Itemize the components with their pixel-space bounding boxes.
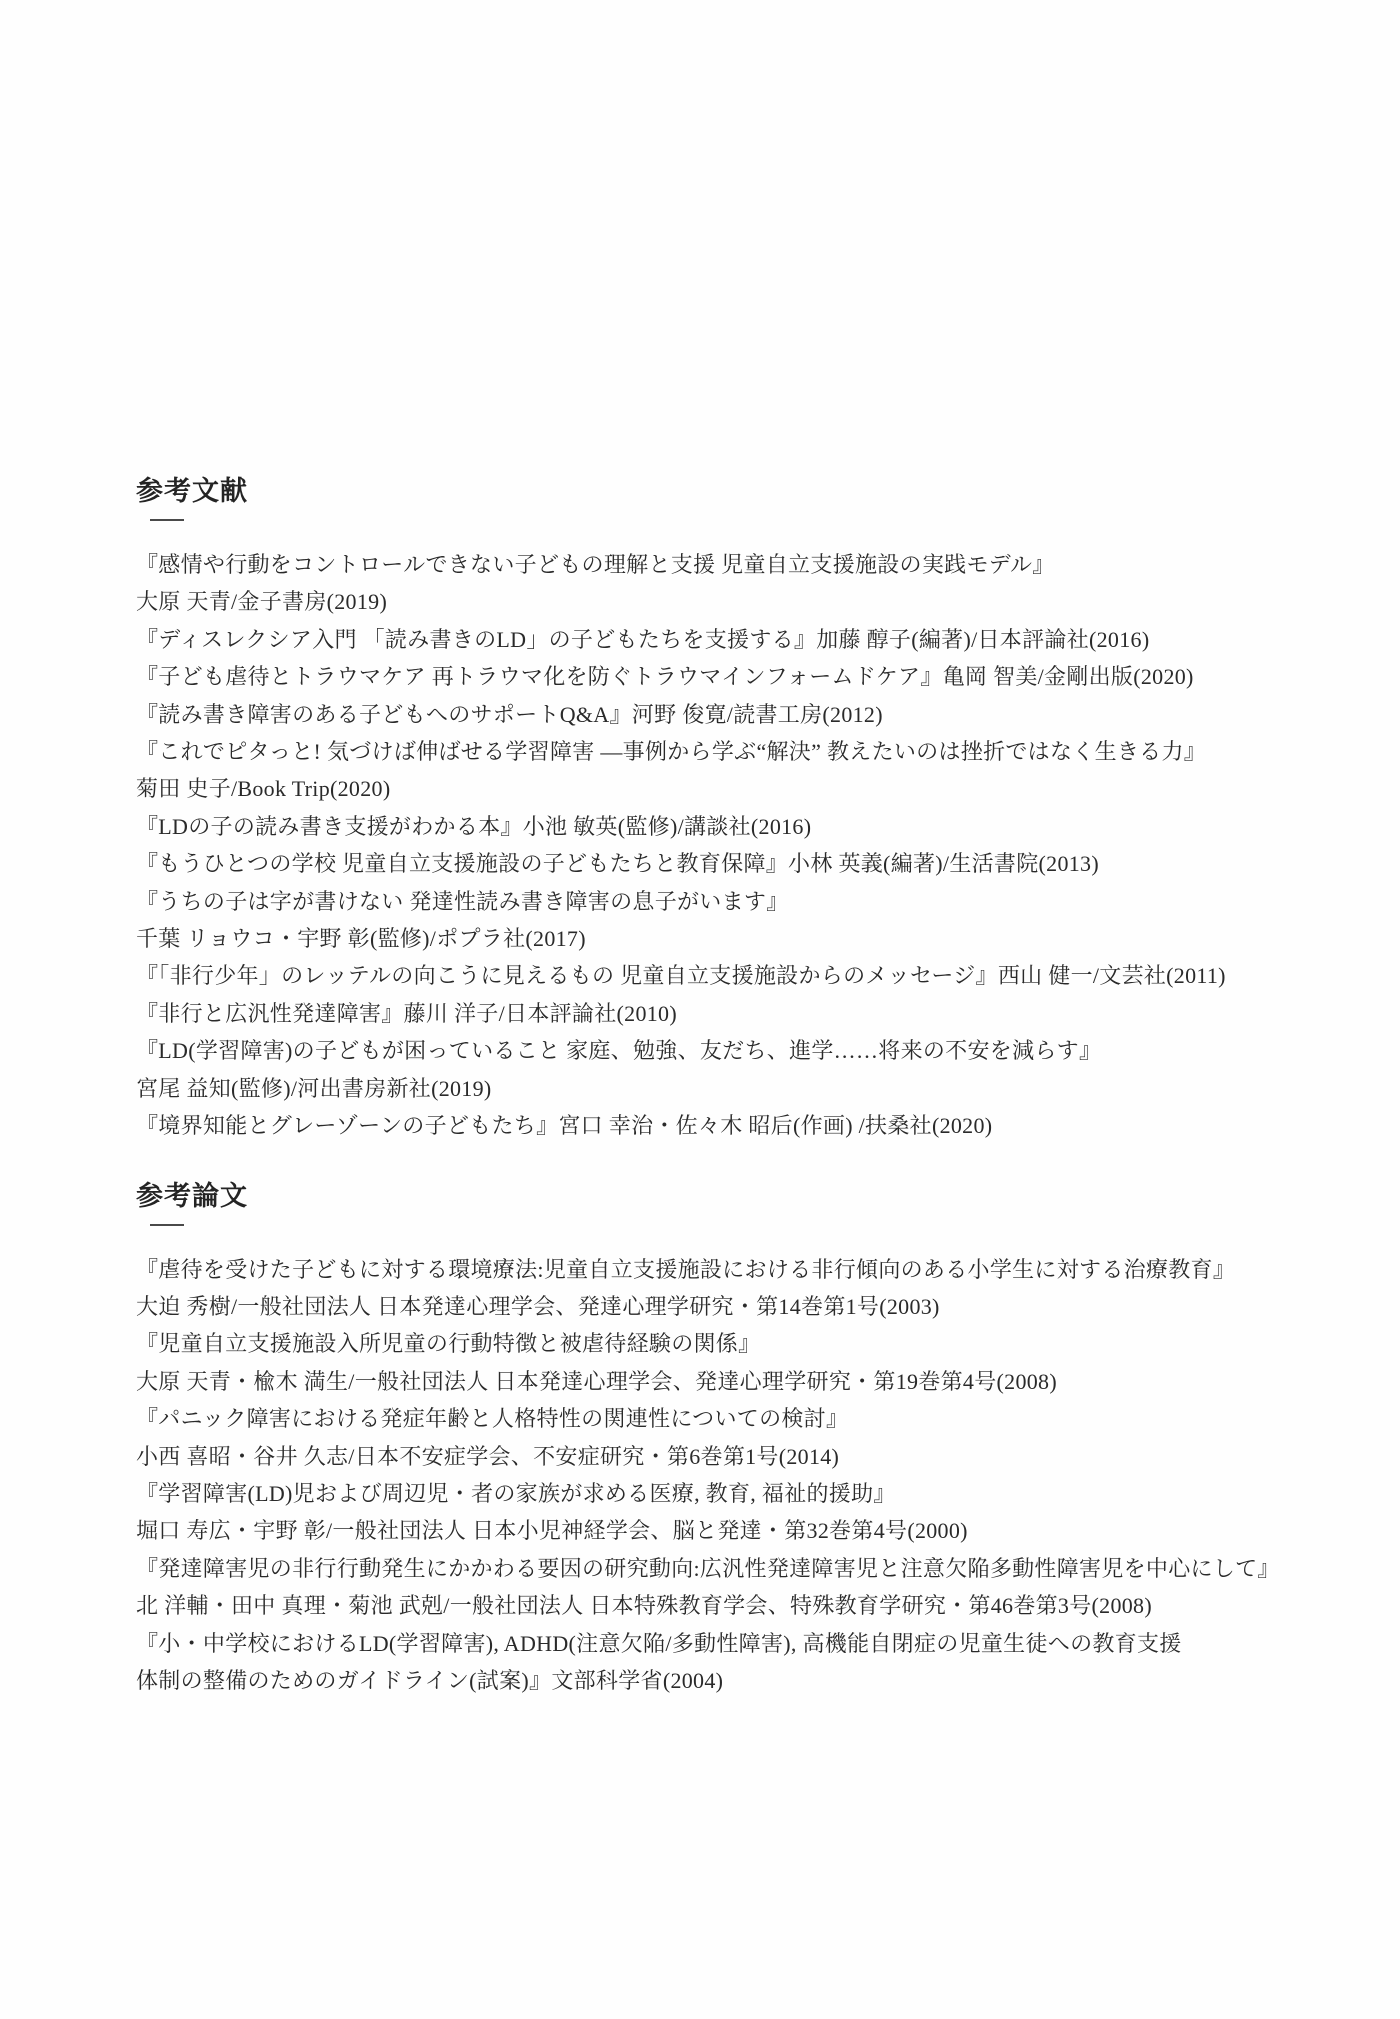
reference-line: 『もうひとつの学校 児童自立支援施設の子どもたちと教育保障』小林 英義(編著)/… xyxy=(136,845,1366,882)
reference-line: 『「非行少年」のレッテルの向こうに見えるもの 児童自立支援施設からのメッセージ』… xyxy=(136,957,1366,994)
book-page: 参考文献『感情や行動をコントロールできない子どもの理解と支援 児童自立支援施設の… xyxy=(0,0,1400,2019)
references-section: 参考論文『虐待を受けた子どもに対する環境療法:児童自立支援施設における非行傾向の… xyxy=(136,1181,1366,1700)
reference-line: 『感情や行動をコントロールできない子どもの理解と支援 児童自立支援施設の実践モデ… xyxy=(136,546,1366,583)
reference-list: 『虐待を受けた子どもに対する環境療法:児童自立支援施設における非行傾向のある小学… xyxy=(136,1251,1366,1700)
reference-line: 『児童自立支援施設入所児童の行動特徴と被虐待経験の関係』 xyxy=(136,1325,1366,1362)
heading-rule xyxy=(150,1224,184,1226)
reference-line: 『境界知能とグレーゾーンの子どもたち』宮口 幸治・佐々木 昭后(作画) /扶桑社… xyxy=(136,1107,1366,1144)
section-heading: 参考文献 xyxy=(136,476,1366,506)
reference-line: 『LD(学習障害)の子どもが困っていること 家庭、勉強、友だち、進学……将来の不… xyxy=(136,1032,1366,1069)
reference-line: 『発達障害児の非行行動発生にかかわる要因の研究動向:広汎性発達障害児と注意欠陥多… xyxy=(136,1550,1366,1587)
reference-line: 大原 天青・楡木 満生/一般社団法人 日本発達心理学会、発達心理学研究・第19巻… xyxy=(136,1363,1366,1400)
reference-line: 『これでピタっと! 気づけば伸ばせる学習障害 ―事例から学ぶ“解決” 教えたいの… xyxy=(136,733,1366,770)
reference-line: 千葉 リョウコ・宇野 彰(監修)/ポプラ社(2017) xyxy=(136,920,1366,957)
reference-line: 大原 天青/金子書房(2019) xyxy=(136,583,1366,620)
references-section: 参考文献『感情や行動をコントロールできない子どもの理解と支援 児童自立支援施設の… xyxy=(136,476,1366,1145)
section-heading: 参考論文 xyxy=(136,1181,1366,1211)
reference-line: 菊田 史子/Book Trip(2020) xyxy=(136,770,1366,807)
reference-line: 『パニック障害における発症年齢と人格特性の関連性についての検討』 xyxy=(136,1400,1366,1437)
reference-line: 『虐待を受けた子どもに対する環境療法:児童自立支援施設における非行傾向のある小学… xyxy=(136,1251,1366,1288)
references-content: 参考文献『感情や行動をコントロールできない子どもの理解と支援 児童自立支援施設の… xyxy=(136,476,1366,1735)
reference-line: 体制の整備のためのガイドライン(試案)』文部科学省(2004) xyxy=(136,1662,1366,1699)
reference-line: 『非行と広汎性発達障害』藤川 洋子/日本評論社(2010) xyxy=(136,995,1366,1032)
reference-line: 『読み書き障害のある子どもへのサポートQ&A』河野 俊寛/読書工房(2012) xyxy=(136,696,1366,733)
reference-line: 小西 喜昭・谷井 久志/日本不安症学会、不安症研究・第6巻第1号(2014) xyxy=(136,1438,1366,1475)
reference-line: 『LDの子の読み書き支援がわかる本』小池 敏英(監修)/講談社(2016) xyxy=(136,808,1366,845)
reference-line: 北 洋輔・田中 真理・菊池 武剋/一般社団法人 日本特殊教育学会、特殊教育学研究… xyxy=(136,1587,1366,1624)
reference-line: 堀口 寿広・宇野 彰/一般社団法人 日本小児神経学会、脳と発達・第32巻第4号(… xyxy=(136,1512,1366,1549)
reference-line: 『子ども虐待とトラウマケア 再トラウマ化を防ぐトラウマインフォームドケア』亀岡 … xyxy=(136,658,1366,695)
reference-line: 『学習障害(LD)児および周辺児・者の家族が求める医療, 教育, 福祉的援助』 xyxy=(136,1475,1366,1512)
reference-list: 『感情や行動をコントロールできない子どもの理解と支援 児童自立支援施設の実践モデ… xyxy=(136,546,1366,1145)
reference-line: 大迫 秀樹/一般社団法人 日本発達心理学会、発達心理学研究・第14巻第1号(20… xyxy=(136,1288,1366,1325)
heading-rule xyxy=(150,519,184,521)
reference-line: 『うちの子は字が書けない 発達性読み書き障害の息子がいます』 xyxy=(136,883,1366,920)
reference-line: 宮尾 益知(監修)/河出書房新社(2019) xyxy=(136,1070,1366,1107)
reference-line: 『小・中学校におけるLD(学習障害), ADHD(注意欠陥/多動性障害), 高機… xyxy=(136,1625,1366,1662)
reference-line: 『ディスレクシア入門 「読み書きのLD」の子どもたちを支援する』加藤 醇子(編著… xyxy=(136,621,1366,658)
